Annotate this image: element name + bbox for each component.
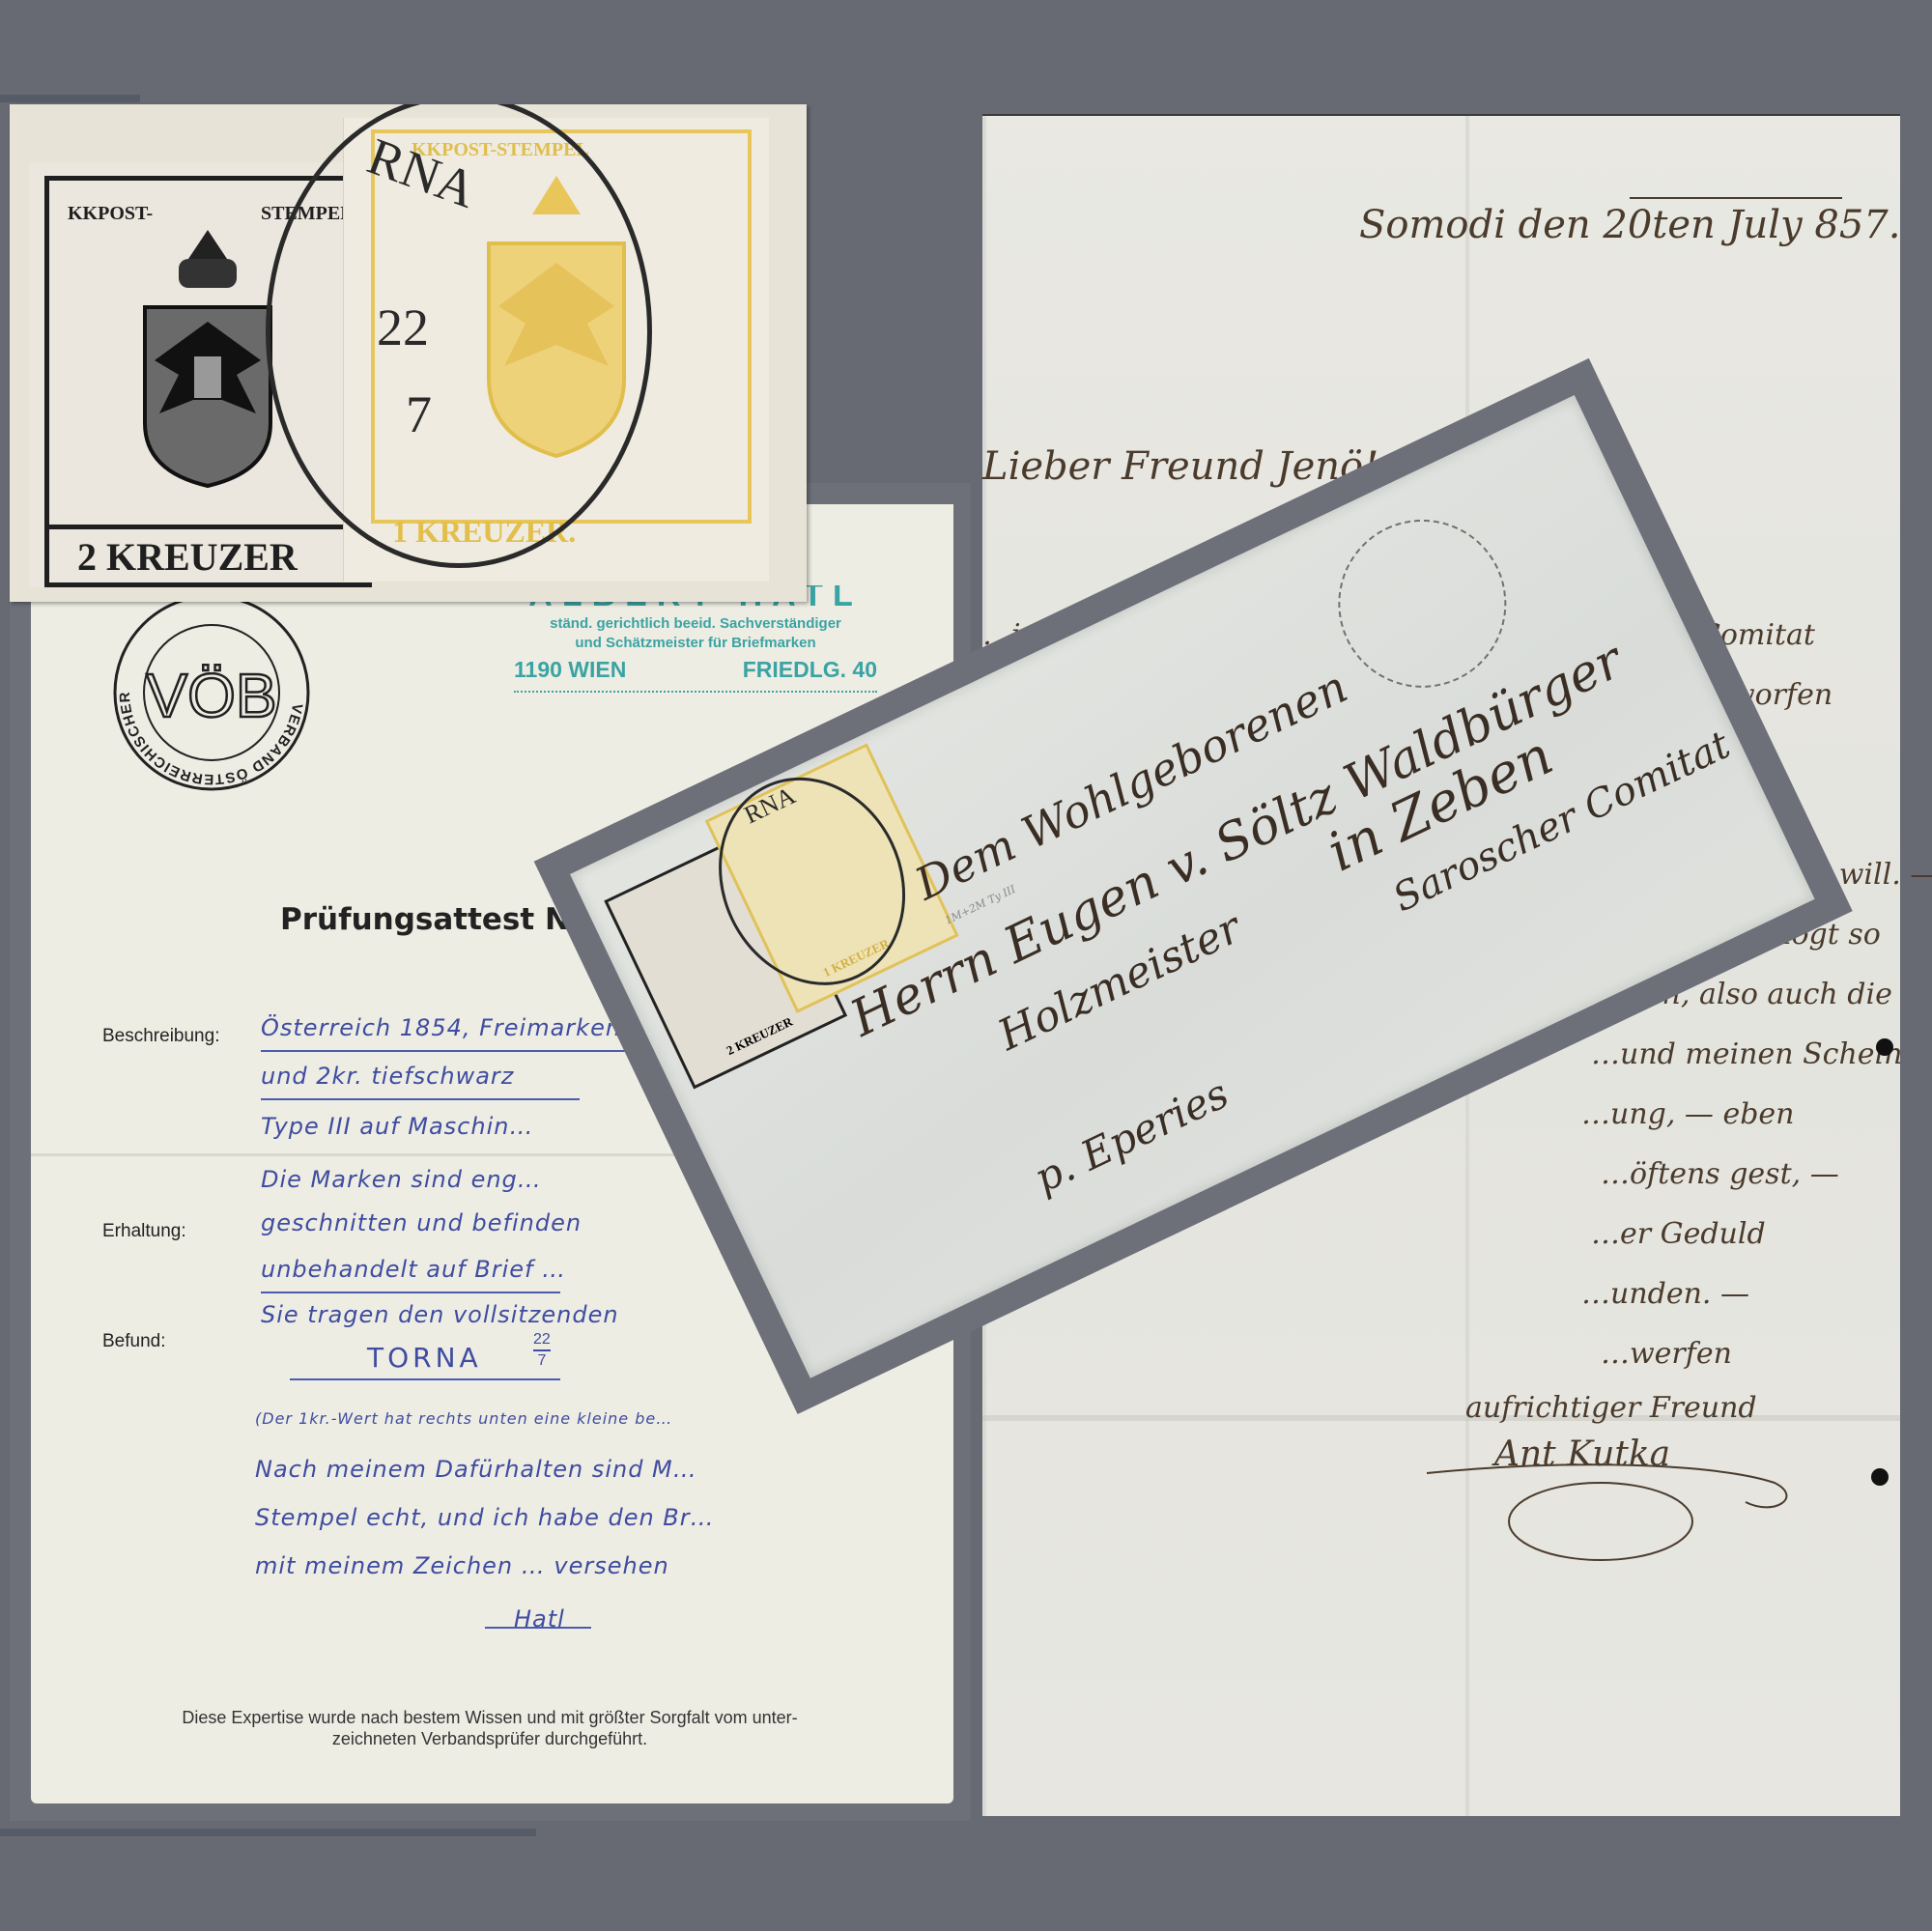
expert-credentials: und Schätzmeister für Briefmarken xyxy=(502,634,889,653)
postmark-month: 7 xyxy=(406,384,432,444)
letter-body-line: …und meinen Schein xyxy=(1591,1037,1902,1071)
stamp-value: 2 KREUZER xyxy=(724,1014,796,1059)
dotted-rule xyxy=(514,691,877,693)
postmark-date: 22 7 xyxy=(533,1330,551,1371)
note-line: Nach meinem Dafürhalten sind M… xyxy=(255,1456,697,1483)
date-underline xyxy=(1630,197,1842,199)
label-finding: Befund: xyxy=(102,1331,166,1352)
note-line: mit meinem Zeichen … versehen xyxy=(255,1552,669,1579)
voeb-seal-icon: VERBAND ÖSTERREICHISCHER BRIEFMARKENPRÜF… xyxy=(110,591,313,794)
handwritten-line: geschnitten und befinden xyxy=(261,1209,582,1236)
expert-city: 1190 WIEN xyxy=(514,657,626,683)
postmark-day: 22 xyxy=(377,298,429,357)
expert-street: FRIEDLG. 40 xyxy=(743,657,877,683)
handwritten-line: Sie tragen den vollsitzenden xyxy=(261,1301,619,1328)
handwritten-line: Die Marken sind eng… xyxy=(261,1166,542,1193)
letter-body-line: …unden. — xyxy=(1581,1277,1749,1311)
letter-body-line: …er Geduld xyxy=(1591,1217,1766,1251)
underline xyxy=(290,1378,560,1380)
fold-line xyxy=(982,1415,1900,1421)
postmark-month: 7 xyxy=(533,1349,551,1371)
letter-greeting: Lieber Freund Jenö! xyxy=(982,444,1378,489)
note-line: (Der 1kr.-Wert hat rechts unten eine kle… xyxy=(255,1409,672,1428)
svg-text:VÖB: VÖB xyxy=(146,661,276,730)
punch-hole xyxy=(1876,1038,1893,1056)
handwritten-line: Österreich 1854, Freimarken xyxy=(261,1014,621,1041)
letter-body-line: …werfen xyxy=(1601,1337,1732,1371)
postmark-day: 22 xyxy=(533,1330,551,1349)
disclaimer-line: Diese Expertise wurde nach bestem Wissen… xyxy=(89,1707,891,1728)
note-line: Stempel echt, und ich habe den Br… xyxy=(255,1504,715,1531)
handwritten-line: Type III auf Maschin… xyxy=(261,1113,533,1140)
signature-stroke xyxy=(485,1627,591,1629)
postmark-town: TORNA xyxy=(367,1342,482,1374)
routing-note: p. Eperies xyxy=(1027,1069,1236,1202)
label-condition: Erhaltung: xyxy=(102,1221,186,1242)
stamp-value: 2 KREUZER xyxy=(77,534,298,580)
underline xyxy=(261,1098,580,1100)
punch-hole xyxy=(1871,1468,1889,1486)
stamps-closeup: KKPOST- STEMPEL 2 KREUZER KKPOST-STEMPEL… xyxy=(10,104,807,602)
letter-closing: aufrichtiger Freund xyxy=(1465,1391,1757,1425)
letter-body-line: …ung, — eben xyxy=(1581,1097,1795,1131)
handwritten-line: unbehandelt auf Brief … xyxy=(261,1256,566,1283)
disclaimer-line: zeichneten Verbandsprüfer durchgeführt. xyxy=(89,1728,891,1749)
title-text: Prüfungsattest Nr. xyxy=(280,902,592,937)
stamp-inscription: KKPOST- xyxy=(68,203,153,225)
expert-credentials: ständ. gerichtlich beeid. Sachverständig… xyxy=(502,614,889,634)
background-strip xyxy=(0,95,140,102)
background-strip xyxy=(0,1829,536,1836)
underline xyxy=(261,1292,560,1293)
label-description: Beschreibung: xyxy=(102,1026,219,1047)
disclaimer: Diese Expertise wurde nach bestem Wissen… xyxy=(89,1707,891,1749)
letter-date: Somodi den 20ten July 857. xyxy=(1359,203,1900,247)
handwritten-line: und 2kr. tiefschwarz xyxy=(261,1063,514,1090)
underline xyxy=(261,1050,647,1052)
signature-flourish-icon xyxy=(1427,1463,1794,1579)
letter-body-line: …öftens gest, — xyxy=(1601,1157,1839,1191)
